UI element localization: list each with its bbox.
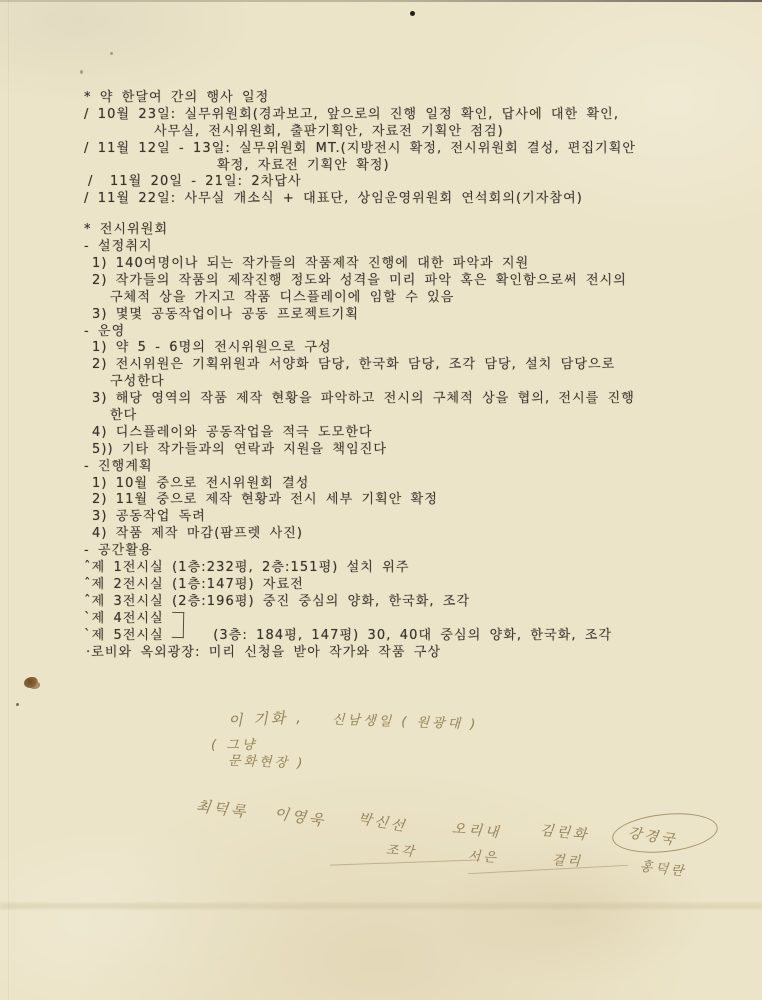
handwritten-name: 오리내 — [451, 818, 502, 842]
typed-line: 3) 공동작업 독려 — [84, 509, 724, 526]
typed-line: 사무실, 전시위원회, 출판기획안, 자료전 기획안 점검) — [84, 124, 724, 141]
typed-line: / 11월 12일 - 13일: 실무위원회 MT.(지방전시 확정, 전시위원… — [84, 141, 724, 158]
typed-line: 구성한다 — [84, 374, 724, 391]
typed-line: ·로비와 옥외광장: 미리 신청을 받아 작가와 작품 구상 — [84, 645, 724, 662]
typed-line: - 공간활용 — [84, 543, 724, 560]
typed-line: ˆ제 1전시실 (1층:232평, 2층:151평) 설치 위주 — [84, 560, 724, 577]
bracket-mark — [172, 612, 184, 638]
typed-line: 4) 디스플레이와 공동작업을 적극 도모한다 — [84, 425, 724, 442]
typed-line: ˆ제 3전시실 (2층:196평) 중진 중심의 양화, 한국화, 조각 — [84, 594, 724, 611]
typed-line: 한다 — [84, 408, 724, 425]
typed-line: ˆ제 2전시실 (1층:147평) 자료전 — [84, 577, 724, 594]
handwritten-note-line: 신남생일 ( 원광대 ) — [332, 708, 479, 732]
handwritten-name: 조각 — [385, 839, 417, 860]
stain-mark — [24, 677, 38, 688]
paper-speck — [110, 52, 113, 55]
handwritten-name: 홍덕란 — [639, 855, 688, 880]
typed-text-block: * 약 한달여 간의 행사 일정/ 10월 23일: 실무위원회(경과보고, 앞… — [84, 90, 724, 661]
handwritten-note-line: 문화현장 ) — [228, 750, 306, 772]
paper-speck — [80, 70, 83, 74]
typed-line: - 진행계획 — [84, 459, 724, 476]
typed-line: 2) 11월 중으로 제작 현황과 전시 세부 기획안 확정 — [84, 492, 724, 509]
paper-edge-shadow — [8, 0, 9, 1000]
handwritten-note-line: 이 기화 , — [228, 706, 305, 731]
circle-annotation — [610, 809, 719, 858]
scanned-page: * 약 한달여 간의 행사 일정/ 10월 23일: 실무위원회(경과보고, 앞… — [0, 0, 762, 1000]
typed-line: 확정, 자료전 기획안 확정) — [84, 158, 724, 175]
scan-edge-top — [0, 0, 762, 2]
typed-line: 1) 140여명이나 되는 작가들의 작품제작 진행에 대한 파악과 지원 — [84, 256, 724, 273]
handwritten-name: 김린화 — [539, 819, 590, 844]
handwritten-name: 최덕록 — [195, 795, 250, 822]
typed-line: - 운영 — [84, 324, 724, 341]
typed-line: / 10월 23일: 실무위원회(경과보고, 앞으로의 진행 일정 확인, 답사… — [84, 107, 724, 124]
hand-underline — [330, 859, 480, 865]
hand-underline — [468, 865, 628, 874]
typed-line: * 약 한달여 간의 행사 일정 — [84, 90, 724, 107]
typed-line: - 설정취지 — [84, 239, 724, 256]
typed-line: 1) 10월 중으로 전시위원회 결성 — [84, 476, 724, 493]
typed-line: / 11월 22일: 사무실 개소식 + 대표단, 상임운영위원회 연석회의(기… — [84, 191, 724, 208]
typed-line: / 11월 20일 - 21일: 2차답사 — [84, 174, 724, 191]
handwritten-name: 박신선 — [357, 808, 409, 836]
typed-line: 2) 전시위원은 기획위원과 서양화 담당, 한국화 담당, 조각 담당, 설치… — [84, 357, 724, 374]
ink-dot-artifact — [410, 11, 415, 16]
typed-line: 3) 해당 영역의 작품 제작 현황을 파악하고 전시의 구체적 상을 협의, … — [84, 391, 724, 408]
typed-line: 1) 약 5 - 6명의 전시위원으로 구성 — [84, 340, 724, 357]
handwritten-name: 서은 — [467, 845, 499, 866]
typed-line: 3) 몇몇 공동작업이나 공동 프로젝트기획 — [84, 307, 724, 324]
paper-fold-shadow — [0, 903, 762, 909]
typed-line: 4) 작품 제작 마감(팜프렛 사진) — [84, 526, 724, 543]
stain-dot — [16, 703, 19, 706]
typed-line: 구체적 상을 가지고 작품 디스플레이에 임할 수 있음 — [84, 290, 724, 307]
typed-line: 2) 작가들의 작품의 제작진행 정도와 성격을 미리 파악 혹은 확인함으로써… — [84, 273, 724, 290]
typed-line: 5)) 기타 작가들과의 연락과 지원을 책임진다 — [84, 442, 724, 459]
handwritten-name: 이영욱 — [273, 802, 328, 831]
typed-line: * 전시위원회 — [84, 222, 724, 239]
